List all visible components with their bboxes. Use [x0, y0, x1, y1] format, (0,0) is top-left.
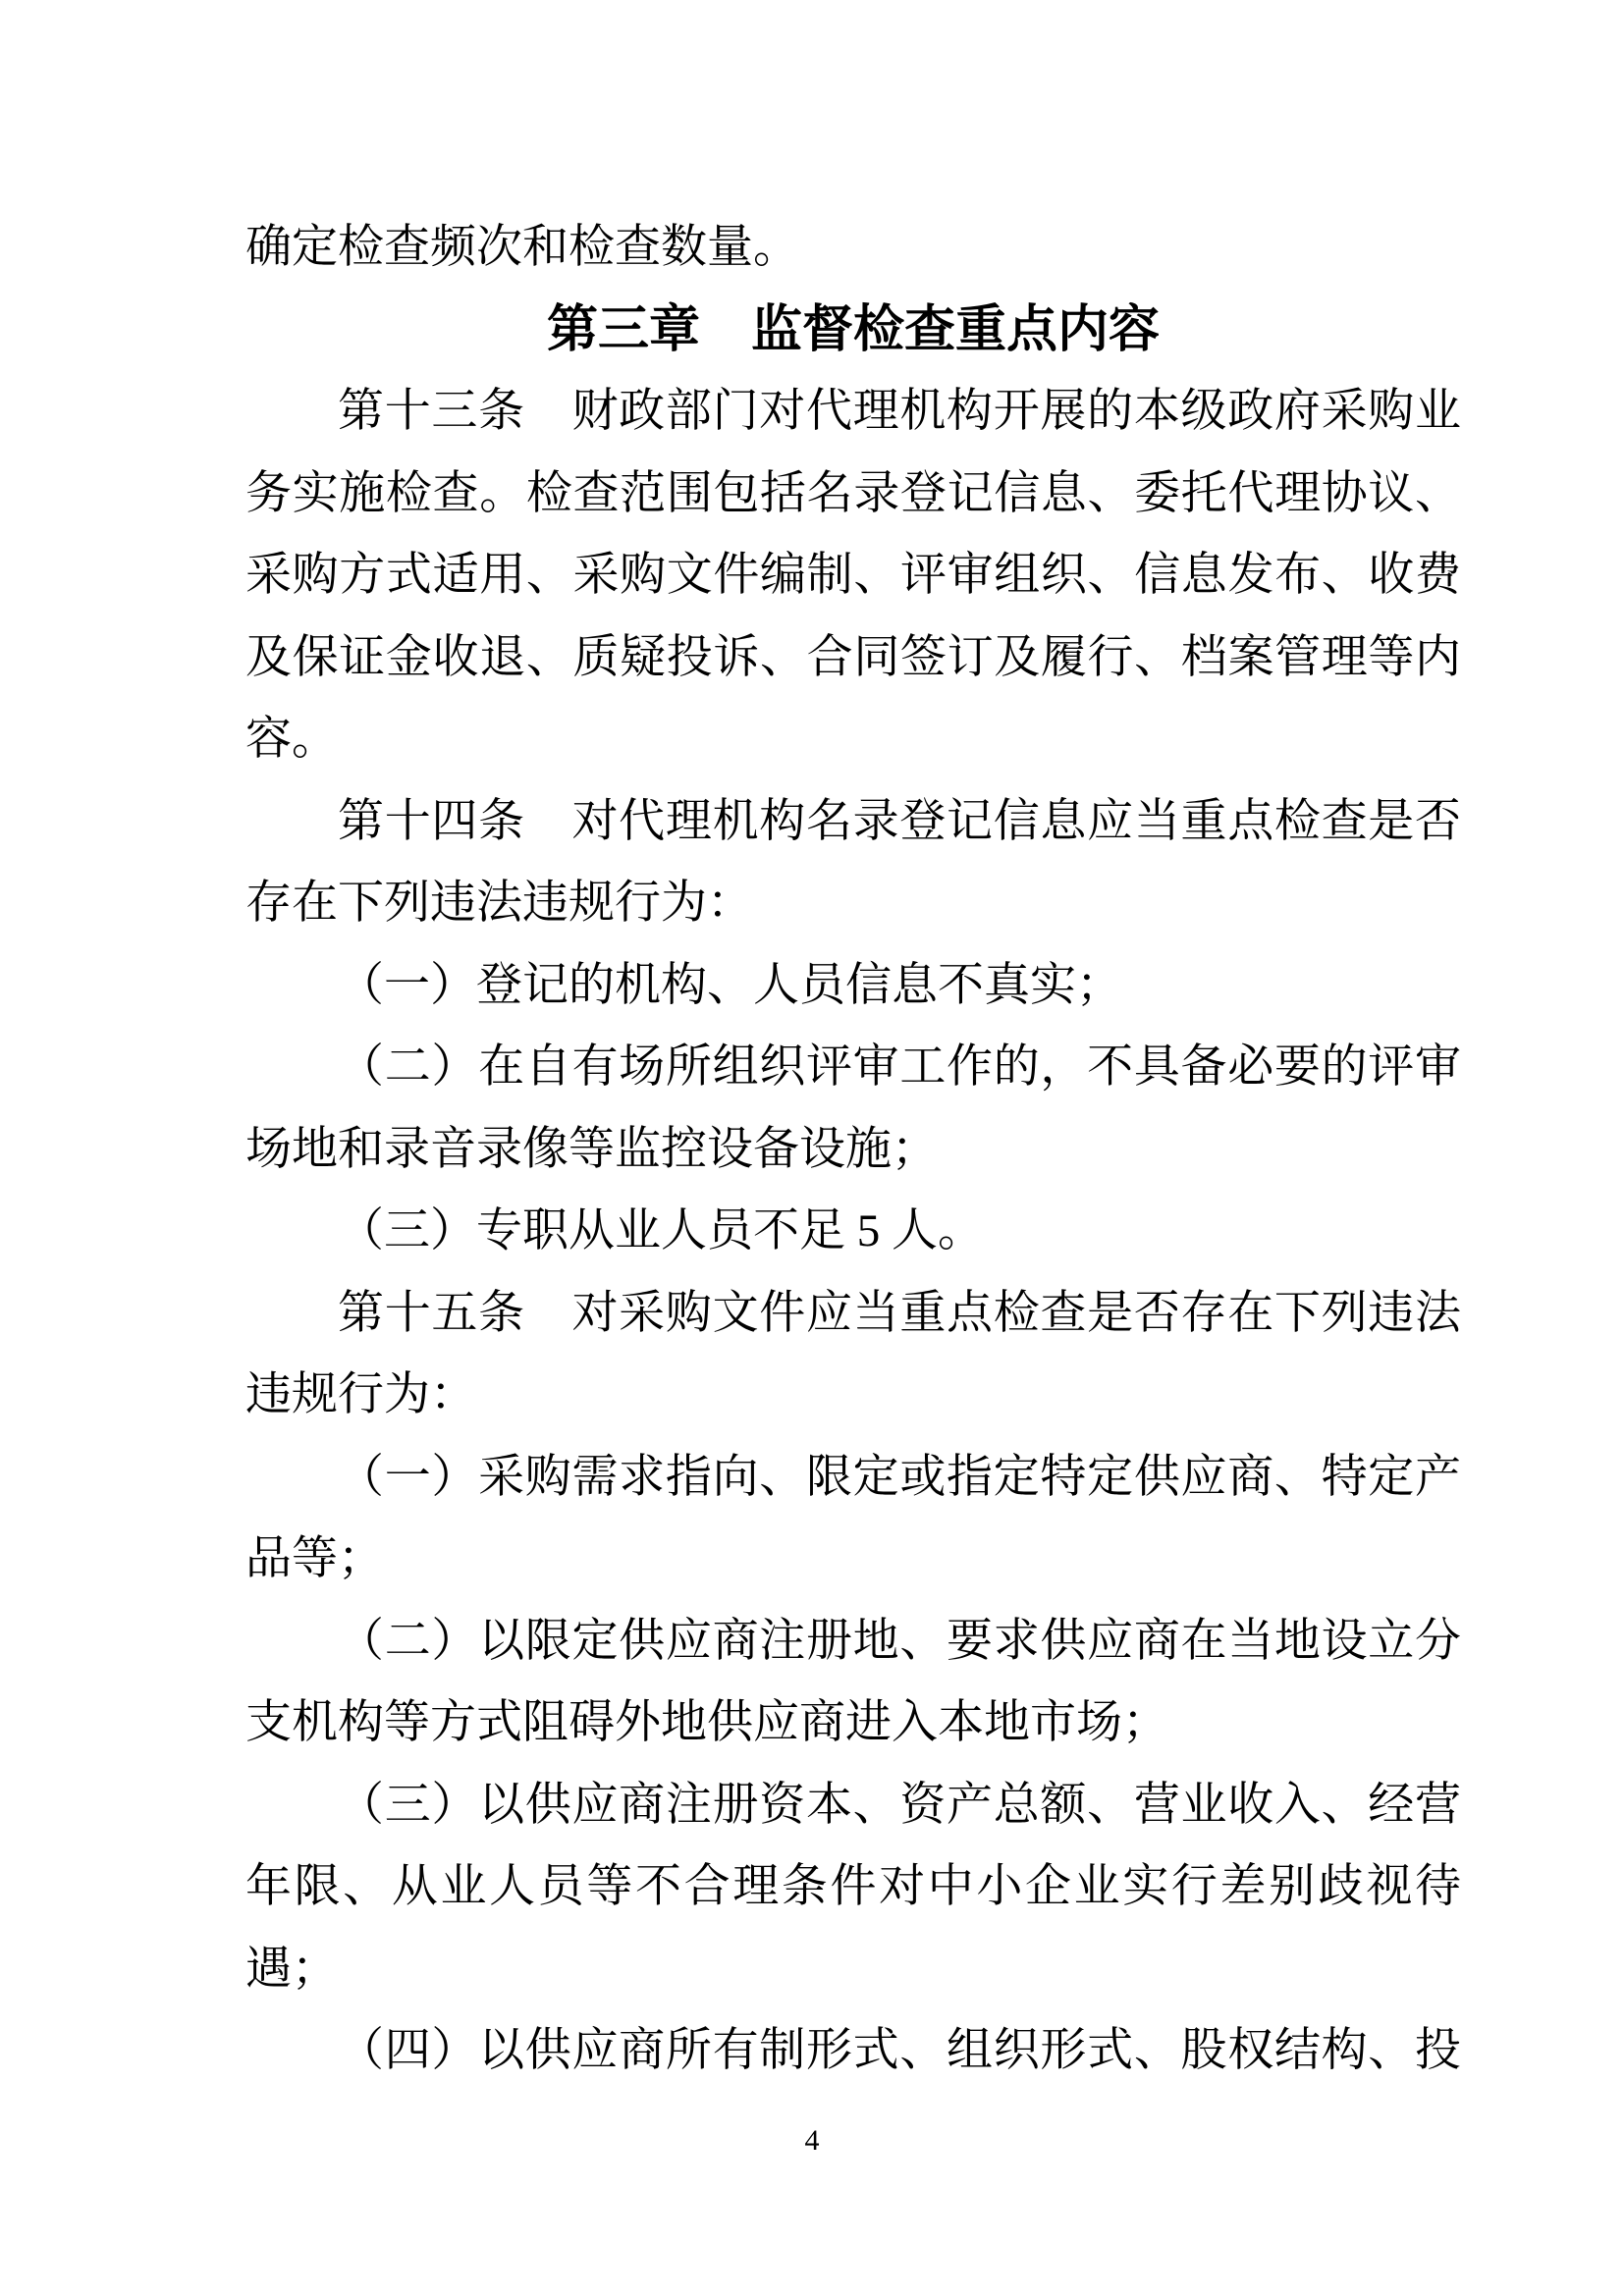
document-page: 确定检查频次和检查数量。 第三章 监督检查重点内容 第十三条 财政部门对代理机构… — [0, 0, 1624, 2296]
list-item-14-1: （一）登记的机构、人员信息不真实； — [245, 945, 1461, 1028]
list-item-15-4: （四）以供应商所有制形式、组织形式、股权结构、投 — [245, 2010, 1461, 2093]
list-item-14-2: （二）在自有场所组织评审工作的，不具备必要的评审场地和录音录像等监控设备设施； — [245, 1027, 1461, 1191]
paragraph-article-15: 第十五条 对采购文件应当重点检查是否存在下列违法违规行为： — [245, 1273, 1461, 1437]
page-number: 4 — [0, 2120, 1624, 2162]
chapter-heading: 第三章 监督检查重点内容 — [245, 290, 1461, 372]
list-item-14-3: （三）专职从业人员不足 5 人。 — [245, 1191, 1461, 1273]
paragraph-article-13: 第十三条 财政部门对代理机构开展的本级政府采购业务实施检查。检查范围包括名录登记… — [245, 371, 1461, 781]
list-item-15-3: （三）以供应商注册资本、资产总额、营业收入、经营年限、从业人员等不合理条件对中小… — [245, 1765, 1461, 2011]
list-item-15-2: （二）以限定供应商注册地、要求供应商在当地设立分支机构等方式阻碍外地供应商进入本… — [245, 1601, 1461, 1765]
paragraph-article-14: 第十四条 对代理机构名录登记信息应当重点检查是否存在下列违法违规行为： — [245, 781, 1461, 945]
list-item-15-1: （一）采购需求指向、限定或指定特定供应商、特定产品等； — [245, 1437, 1461, 1601]
document-body: 确定检查频次和检查数量。 第三章 监督检查重点内容 第十三条 财政部门对代理机构… — [245, 207, 1461, 2093]
paragraph-continuation: 确定检查频次和检查数量。 — [245, 207, 1461, 290]
